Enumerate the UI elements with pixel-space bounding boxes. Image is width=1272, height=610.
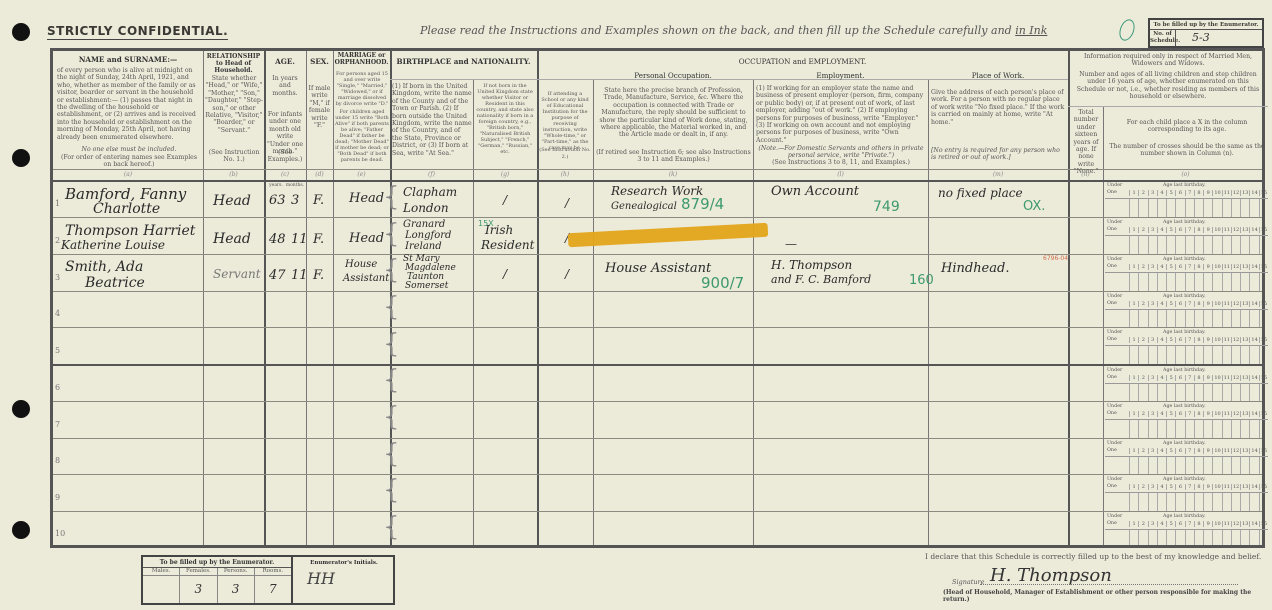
age-grid: UnderOneAge last birthday. 1234567891011… bbox=[1105, 366, 1268, 401]
age-grid: UnderOneAge last birthday. 1234567891011… bbox=[1105, 475, 1268, 511]
circle-mark bbox=[1117, 17, 1138, 42]
schedule-number: 5-3 bbox=[1176, 30, 1262, 46]
enumerator-initials: HH bbox=[295, 566, 393, 588]
age-grid: UnderOneAge last birthday. 1234567891011… bbox=[1105, 402, 1268, 438]
age-grid: UnderOneAge last birthday. 1234567891011… bbox=[1105, 328, 1268, 364]
males-count bbox=[143, 576, 179, 603]
rooms-count: 7 bbox=[254, 576, 291, 603]
punch-hole bbox=[12, 521, 30, 539]
declaration-text: I declare that this Schedule is correctl… bbox=[925, 552, 1261, 561]
age-grid: UnderOneAge last birthday. 1234567891011… bbox=[1105, 181, 1268, 217]
page-title: STRICTLY CONFIDENTIAL. bbox=[47, 24, 228, 40]
enumerator-summary: To be filled up by the Enumerator. Males… bbox=[141, 555, 395, 605]
age-grid: UnderOneAge last birthday. 1234567891011… bbox=[1105, 512, 1268, 545]
instructions-line: Please read the Instructions and Example… bbox=[420, 24, 1047, 37]
age-grid: UnderOneAge last birthday. 1234567891011… bbox=[1105, 255, 1268, 291]
age-grid: UnderOneAge last birthday. 1234567891011… bbox=[1105, 292, 1268, 327]
age-grid: UnderOneAge last birthday. 1234567891011… bbox=[1105, 218, 1268, 254]
age-grid: UnderOneAge last birthday. 1234567891011… bbox=[1105, 439, 1268, 474]
females-count: 3 bbox=[179, 576, 216, 603]
signature-note: (Head of Household, Manager of Establish… bbox=[943, 589, 1272, 603]
punch-hole bbox=[12, 149, 30, 167]
punch-hole bbox=[12, 23, 30, 41]
schedule-number-box: To be filled up by the Enumerator. No. o… bbox=[1148, 18, 1264, 48]
signature: H. Thompson bbox=[990, 565, 1112, 586]
persons-count: 3 bbox=[217, 576, 254, 603]
census-form: NAME and SURNAME:— of every person who i… bbox=[50, 48, 1265, 548]
punch-hole bbox=[12, 400, 30, 418]
